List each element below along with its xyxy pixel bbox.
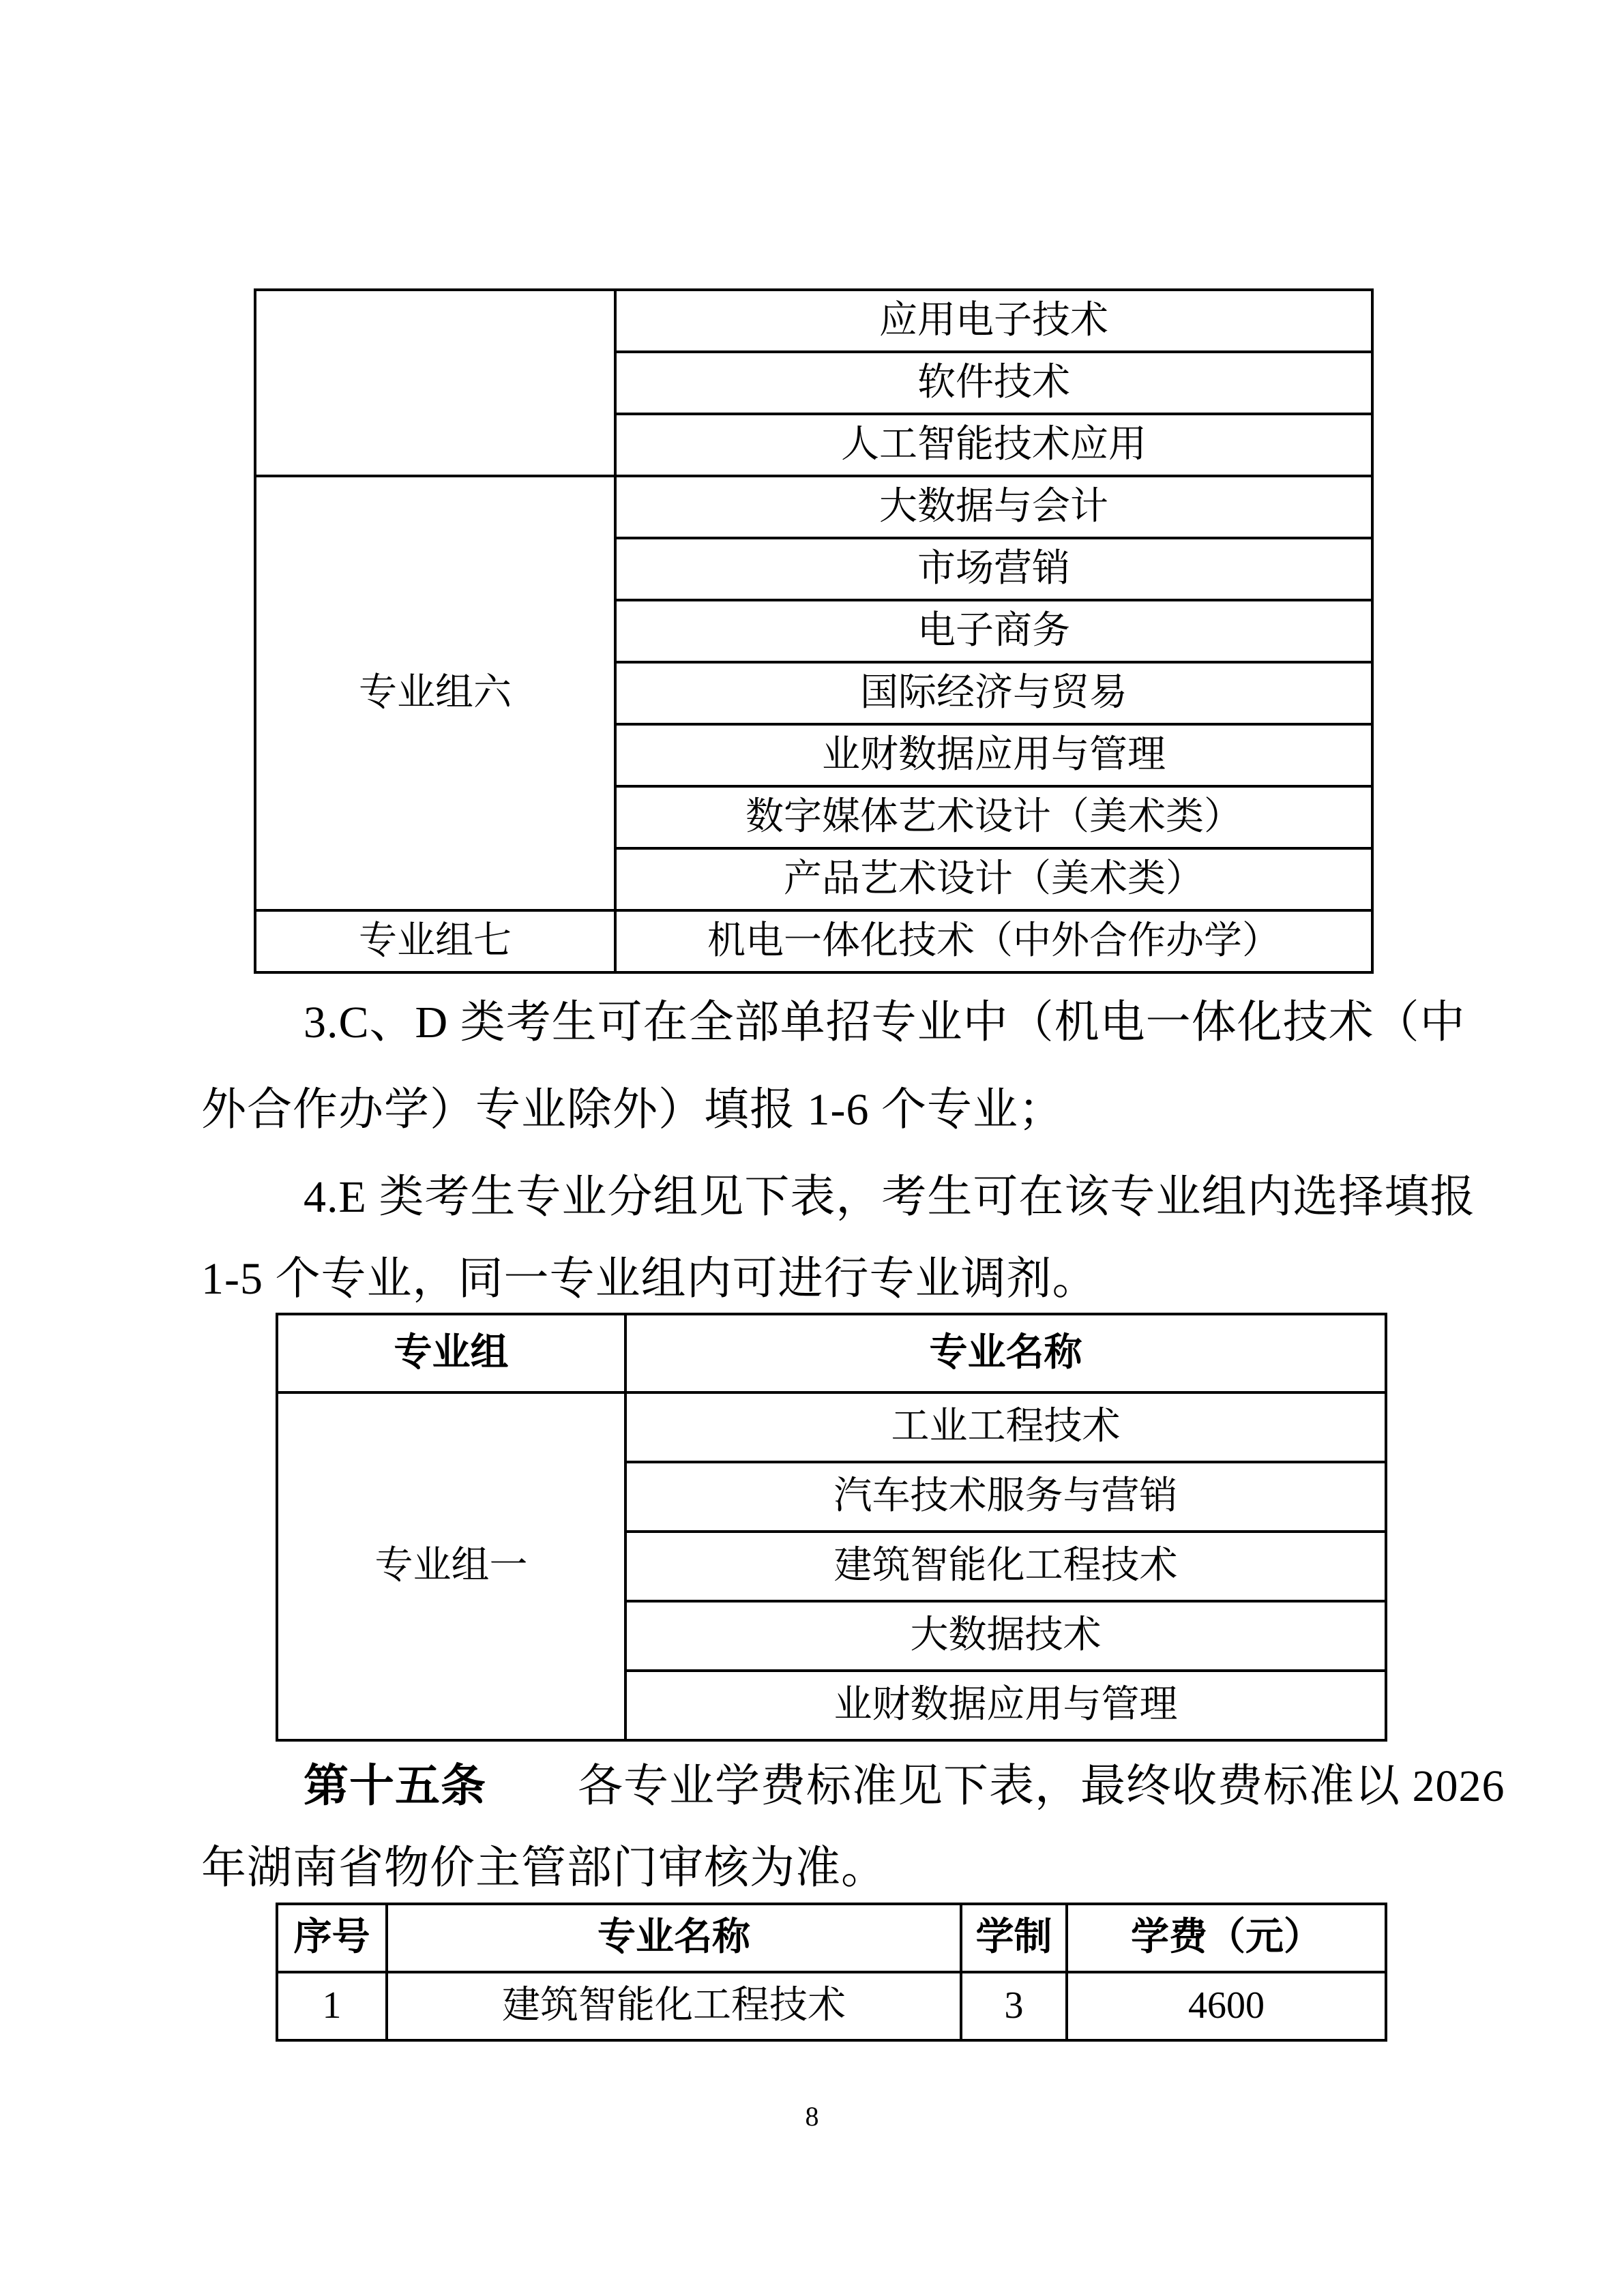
group-label-cell	[255, 290, 615, 476]
major-groups-table-continued: 应用电子技术 软件技术 人工智能技术应用 专业组六 大数据与会计 市场营销 电子…	[254, 288, 1374, 974]
article-15-number: 第十五条	[304, 1761, 486, 1811]
major-cell: 电子商务	[615, 600, 1372, 662]
table-row: 专业组七 机电一体化技术（中外合作办学）	[255, 910, 1372, 972]
group-label-cell: 专业组七	[255, 910, 615, 972]
major-cell: 人工智能技术应用	[615, 414, 1372, 476]
major-cell: 工业工程技术	[625, 1392, 1386, 1462]
document-page: 应用电子技术 软件技术 人工智能技术应用 专业组六 大数据与会计 市场营销 电子…	[0, 0, 1624, 2296]
major-cell: 机电一体化技术（中外合作办学）	[615, 910, 1372, 972]
major-cell: 软件技术	[615, 352, 1372, 414]
column-header-index: 序号	[277, 1904, 387, 1972]
paragraph-line: 年湖南省物价主管部门审核为准。	[201, 1846, 1436, 1891]
paragraph-line: 4.E 类考生专业分组见下表，考生可在该专业组内选择填报	[201, 1175, 1436, 1220]
major-cell: 国际经济与贸易	[615, 662, 1372, 724]
table-header-row: 序号 专业名称 学制 学费（元）	[277, 1904, 1386, 1972]
table-row: 应用电子技术	[255, 290, 1372, 352]
column-header-group: 专业组	[277, 1314, 625, 1392]
tuition-table: 序号 专业名称 学制 学费（元） 1 建筑智能化工程技术 3 4600	[276, 1903, 1387, 2042]
group-label-cell: 专业组一	[277, 1392, 625, 1740]
e-class-group-table: 专业组 专业名称 专业组一 工业工程技术 汽车技术服务与营销 建筑智能化工程技术…	[276, 1313, 1387, 1742]
major-cell: 大数据与会计	[615, 476, 1372, 538]
major-cell: 建筑智能化工程技术	[387, 1972, 961, 2040]
paragraph-line: 外合作办学）专业除外）填报 1-6 个专业；	[201, 1088, 1436, 1133]
article-15-heading-line: 第十五条 各专业学费标准见下表，最终收费标准以 2026	[201, 1764, 1436, 1809]
paragraph-line: 1-5 个专业，同一专业组内可进行专业调剂。	[201, 1257, 1436, 1302]
major-cell: 汽车技术服务与营销	[625, 1462, 1386, 1532]
major-cell: 业财数据应用与管理	[615, 724, 1372, 786]
major-cell: 大数据技术	[625, 1601, 1386, 1671]
major-cell: 产品艺术设计（美术类）	[615, 848, 1372, 910]
table-row: 专业组六 大数据与会计	[255, 476, 1372, 538]
column-header-tuition: 学费（元）	[1067, 1904, 1386, 1972]
table-row: 专业组一 工业工程技术	[277, 1392, 1386, 1462]
column-header-major-name: 专业名称	[387, 1904, 961, 1972]
major-cell: 应用电子技术	[615, 290, 1372, 352]
group-label-cell: 专业组六	[255, 476, 615, 910]
major-cell: 业财数据应用与管理	[625, 1671, 1386, 1740]
index-cell: 1	[277, 1972, 387, 2040]
paragraph-line: 3.C、D 类考生可在全部单招专业中（机电一体化技术（中	[201, 1000, 1436, 1045]
table-header-row: 专业组 专业名称	[277, 1314, 1386, 1392]
tuition-cell: 4600	[1067, 1972, 1386, 2040]
page-number: 8	[0, 2103, 1624, 2130]
major-cell: 市场营销	[615, 538, 1372, 600]
column-header-duration: 学制	[961, 1904, 1067, 1972]
major-cell: 数字媒体艺术设计（美术类）	[615, 786, 1372, 848]
article-15-text: 各专业学费标准见下表，最终收费标准以 2026	[486, 1761, 1505, 1811]
major-cell: 建筑智能化工程技术	[625, 1532, 1386, 1601]
table-row: 1 建筑智能化工程技术 3 4600	[277, 1972, 1386, 2040]
column-header-major-name: 专业名称	[625, 1314, 1386, 1392]
duration-cell: 3	[961, 1972, 1067, 2040]
